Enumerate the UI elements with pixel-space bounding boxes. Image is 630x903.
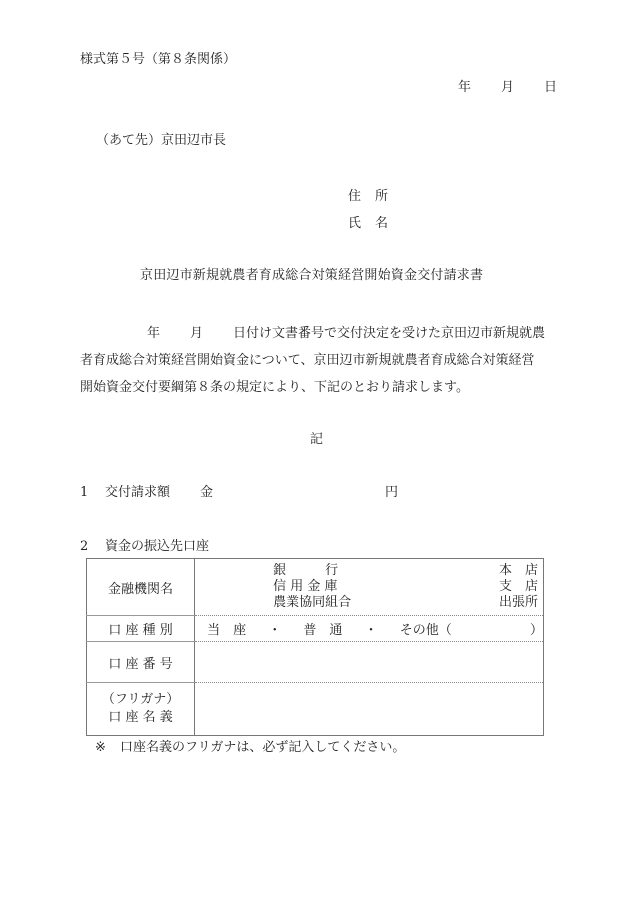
row-account-number: 口 座 番 号 (87, 642, 544, 683)
row-bank: 金融機関名 銀 行 信 用 金 庫 農業協同組合 本 店 支 店 出張所 (87, 559, 544, 616)
applicant-name-label: 氏名 (348, 216, 388, 232)
account-holder-label: （フリガナ） 口 座 名 義 (87, 683, 195, 736)
branch-type-branch[interactable]: 支 店 (499, 579, 538, 595)
item2-number: 2 (80, 539, 105, 555)
bank-label: 金融機関名 (87, 559, 195, 616)
date-day-label: 日 (544, 80, 557, 96)
bank-type-options: 銀 行 信 用 金 庫 農業協同組合 (273, 563, 351, 611)
holder-name-label: 口 座 名 義 (87, 709, 194, 727)
body-paragraph: 年月日付け文書番号で交付決定を受けた京田辺市新規就農 者育成総合対策経営開始資金… (80, 320, 550, 401)
account-type-label: 口 座 種 別 (87, 616, 195, 642)
account-type-other[interactable]: その他（ (400, 619, 452, 638)
body-line-1: 年月日付け文書番号で交付決定を受けた京田辺市新規就農 (80, 320, 550, 347)
bank-field[interactable]: 銀 行 信 用 金 庫 農業協同組合 本 店 支 店 出張所 (195, 559, 544, 616)
note-text: 口座名義のフリガナは、必ず記入してください。 (120, 740, 405, 755)
document-title: 京田辺市新規就農者育成総合対策経営開始資金交付請求書 (140, 268, 483, 284)
note-mark: ※ (95, 740, 120, 756)
item2-label: 資金の振込先口座 (105, 539, 209, 554)
item1-label: 交付請求額 (105, 485, 200, 501)
body-line-3: 開始資金交付要綱第８条の規定により、下記のとおり請求します。 (80, 374, 550, 401)
item-transfer-account: 2資金の振込先口座 (80, 539, 209, 555)
item1-unit: 円 (385, 485, 398, 500)
account-type-current[interactable]: 当 座 (207, 619, 246, 638)
bank-type-shinkin[interactable]: 信 用 金 庫 (273, 579, 351, 595)
account-type-field[interactable]: 当 座 ・ 普 通 ・ その他（ ） (195, 616, 544, 642)
furigana-label: （フリガナ） (87, 691, 194, 709)
row-account-type: 口 座 種 別 当 座 ・ 普 通 ・ その他（ ） (87, 616, 544, 642)
account-table: 金融機関名 銀 行 信 用 金 庫 農業協同組合 本 店 支 店 出張所 口 座… (86, 558, 544, 736)
separator-dot: ・ (365, 619, 378, 638)
applicant-address-label: 住所 (348, 189, 388, 205)
paren-close: ） (530, 619, 543, 638)
account-type-ordinary[interactable]: 普 通 (303, 619, 342, 638)
date-line: 年月日 (458, 80, 557, 96)
bank-type-bank[interactable]: 銀 行 (273, 563, 351, 579)
row-account-holder: （フリガナ） 口 座 名 義 (87, 683, 544, 736)
account-number-field[interactable] (195, 642, 544, 683)
separator-dot: ・ (268, 619, 281, 638)
branch-type-options: 本 店 支 店 出張所 (499, 563, 538, 611)
branch-type-office[interactable]: 出張所 (499, 595, 538, 611)
item1-prefix: 金 (200, 485, 213, 500)
account-number-label: 口 座 番 号 (87, 642, 195, 683)
addressee: （あて先）京田辺市長 (96, 133, 226, 149)
account-holder-field[interactable] (195, 683, 544, 736)
item-request-amount: 1交付請求額金円 (80, 485, 398, 501)
body-line-2: 者育成総合対策経営開始資金について、京田辺市新規就農者育成総合対策経営 (80, 347, 550, 374)
furigana-note: ※口座名義のフリガナは、必ず記入してください。 (95, 740, 405, 756)
bank-type-ja[interactable]: 農業協同組合 (273, 595, 351, 611)
form-number: 様式第５号（第８条関係） (80, 52, 236, 68)
date-month-label: 月 (501, 80, 514, 96)
branch-type-main[interactable]: 本 店 (499, 563, 538, 579)
item1-number: 1 (80, 485, 105, 501)
ki-heading: 記 (310, 432, 323, 448)
date-year-label: 年 (458, 80, 471, 96)
